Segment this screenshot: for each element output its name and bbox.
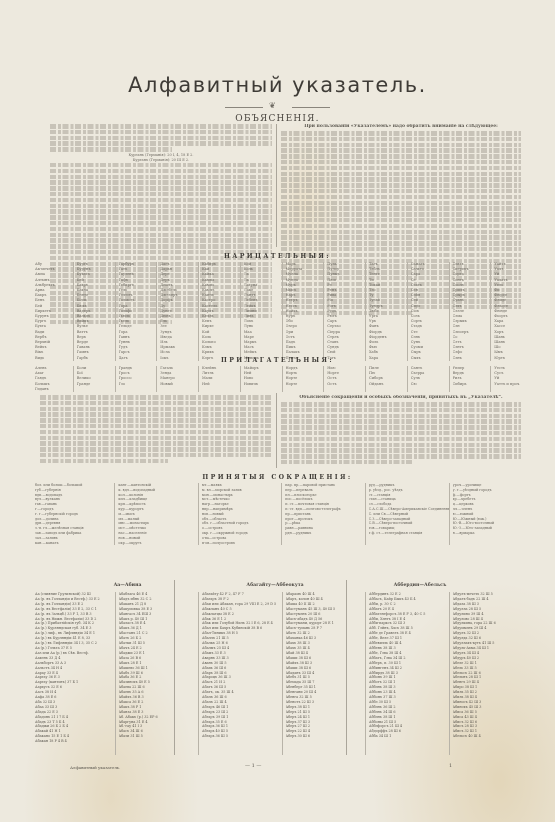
text-line <box>50 204 272 209</box>
index-entries: Аа (слияние Грузинской) 32 ШАа (р. въ Го… <box>32 592 532 755</box>
text-line <box>281 143 521 148</box>
text-line <box>50 238 272 243</box>
text-line <box>40 395 272 400</box>
text-line <box>50 141 272 146</box>
text-line <box>281 137 521 142</box>
text-line <box>281 201 521 206</box>
text-line <box>281 212 521 217</box>
column-divider <box>276 393 277 468</box>
text-line <box>281 431 521 436</box>
list-column: Аа (слияние Грузинской) 32 ШАа (р. въ Го… <box>32 592 115 755</box>
list-item: кан.—каналъ <box>35 541 114 546</box>
list-column: уроч.—урочищеу. г.—уѣздный городъф.—форт… <box>449 483 532 545</box>
list-item: Сибирь <box>453 382 491 387</box>
list-item: Гэо <box>119 382 157 387</box>
list-item: Остъ <box>327 382 365 387</box>
text-line <box>40 418 272 423</box>
text-line <box>281 448 521 453</box>
list-column: Абаблага 46 Е 4Абадъ ибнъ 32 С 2Абаканъ … <box>115 592 199 755</box>
list-column: БургъБурунъБухатаБейБахръБахнаБендеБілль… <box>73 262 115 361</box>
list-column: ТагъТабльТенгеТиТокайТэоТуТугайТундръТюб… <box>365 262 407 361</box>
list-item: Гранде <box>77 382 115 387</box>
list-item: Абази 31 Ш 5 <box>119 734 196 739</box>
list-item: Ойданъ <box>369 382 407 387</box>
list-column: Аббердинъ 32 Е 2Аббасъ, Кайр Быкъ 43 Б 4… <box>365 592 449 755</box>
common-nouns-list: АбуАк-мечетьАмпаАлтынъАльбрехтъАрнаБахръ… <box>32 262 532 361</box>
text-line <box>281 189 521 194</box>
text-line <box>50 180 272 185</box>
list-column: АбуАк-мечетьАмпаАлтынъАльбрехтъАрнаБахръ… <box>32 262 73 361</box>
text-line <box>50 136 272 141</box>
text-line <box>281 235 521 240</box>
text-line <box>281 437 521 442</box>
text-line <box>281 230 521 235</box>
text-line <box>50 163 272 168</box>
text-line <box>281 131 521 136</box>
text-line <box>281 419 521 424</box>
list-column: Абарамъ 40 Ш 4Абаръ, колон 40 Ш 4Абаша 4… <box>282 592 366 755</box>
page-number-center: — 1 — <box>245 763 261 769</box>
text-line <box>281 206 521 211</box>
text-line <box>50 192 272 197</box>
list-column: УпперВердъРизъСибирь <box>449 366 491 392</box>
text-line <box>281 160 521 165</box>
list-column: УестьСусъУйУаттъ и проч. <box>490 366 532 392</box>
notes-right-column: Объясненіе сокращеній и особыхъ обозначе… <box>281 395 521 466</box>
text-line <box>281 425 521 430</box>
text-line <box>40 412 272 417</box>
list-column: ГарбуръГатъГаузенъГафъГебиргеГельГольмъГ… <box>115 262 157 361</box>
text-line <box>281 224 521 229</box>
text-line <box>281 218 521 223</box>
list-item: окр.—округъ <box>118 541 197 546</box>
title-ornament: ❦ <box>225 103 330 111</box>
list-item: Новый <box>160 382 198 387</box>
text-line <box>50 221 272 226</box>
list-column: БолиБоїВеликоГранде <box>73 366 115 392</box>
list-column: НордъНортьНортеНорте <box>282 366 324 392</box>
list-column: УайтъУалъУйУалатъУельФиФюрдеФлидеФльодеФ… <box>490 262 532 361</box>
example-line-2: Курганъ (Германія): 20 III Е 2. <box>50 158 272 162</box>
text-line <box>40 441 272 446</box>
list-column: пар. пр.—паровой пристаньпер.—перевалъпл… <box>281 483 364 545</box>
abbr-explanations-heading: Объясненіе сокращеній и особыхъ обозначе… <box>281 395 521 400</box>
text-line <box>40 453 272 458</box>
adjectives-heading: ПРИЛАГАТЕЛЬНЫЯ: <box>0 357 555 364</box>
text-line <box>50 130 272 135</box>
list-column: АленьАхагГаядъБольшъГиданъ <box>32 366 73 392</box>
list-item: Абгарь 36 Ш 5 <box>202 734 279 739</box>
text-line <box>40 407 272 412</box>
list-column: Абдулъ-мечеть 32 Ш 5Абдалъ-бадъ 22 Ш 4Аб… <box>449 592 533 755</box>
text-line <box>281 460 413 465</box>
list-item: Уаттъ и проч. <box>494 382 532 387</box>
text-line <box>281 402 521 407</box>
text-line <box>281 172 521 177</box>
text-line <box>281 443 521 448</box>
text-line <box>281 247 521 252</box>
list-column: МайоръНейНовоНовичъ <box>240 366 282 392</box>
list-column: бол. или больш.—большойгуб.—губерніявдп.… <box>32 483 114 545</box>
list-column: ГрандъГросъГроссоГэо <box>115 366 157 392</box>
list-item: Новичъ <box>244 382 282 387</box>
list-item: Аберъ 30 Ш 6 <box>286 734 363 739</box>
text-line <box>281 183 521 188</box>
explanations-heading: ОБЪЯСНЕНІЯ. <box>0 114 555 124</box>
page-number-right: 1 <box>449 763 452 769</box>
text-line <box>281 241 521 246</box>
text-line <box>50 124 272 129</box>
text-line <box>281 148 521 153</box>
text-line <box>40 401 272 406</box>
list-column: кант.—кантонскійк. вдл.—водопадныйкол.—к… <box>114 483 197 545</box>
text-line <box>50 227 272 232</box>
ornament-rule-right <box>292 107 330 108</box>
text-line <box>50 186 272 191</box>
text-line <box>281 166 521 171</box>
list-item: п-ов—полуостровъ <box>202 541 281 546</box>
common-nouns-heading: НАРИЦАТЕЛЬНЫЯ: <box>0 253 555 260</box>
list-column: ДагъДарьяДереДеръДештьДжебельДжезиръДорф… <box>156 262 198 361</box>
list-item: Гиданъ <box>35 387 73 392</box>
text-line <box>40 447 272 452</box>
list-column: КабиръКайКайкаКампаКампоКампъКаппъКастро… <box>198 262 240 361</box>
list-item: рдн.—рудникъ <box>285 531 364 536</box>
adjectives-list: АленьАхагГаядъБольшъГиданъБолиБоїВеликоГ… <box>32 366 532 392</box>
list-item: Абба 34 Ш 1 <box>369 734 446 739</box>
text-line <box>50 198 272 203</box>
text-line <box>50 147 172 152</box>
fleuron-icon: ❦ <box>269 101 276 110</box>
list-item: Абаи или Абакан, гора 29 VIII Е 2, 29 D … <box>202 602 279 607</box>
ornament-rule-left <box>225 107 263 108</box>
list-column: ГагальЗендаМангроНовый <box>156 366 198 392</box>
example-line-1: Курганъ (Германія): 20 I, 4, 18 Е 2. <box>50 153 272 157</box>
text-line <box>281 408 521 413</box>
list-item: Сю <box>411 382 449 387</box>
list-column: руд.—рудникър. уѣзд., рос. уѣздъст.—стан… <box>365 483 449 545</box>
list-column: мт.—маякъм. вл.—морской заливмон.—монаст… <box>198 483 281 545</box>
list-item: Ней <box>202 382 240 387</box>
list-column: МоръМорратаМуллаМундаМуръМысъНаръНееръНе… <box>282 262 324 361</box>
list-item: Абакан 18 Р 4 В 4 <box>35 739 112 744</box>
list-column: КойКольЛаЛаЛагунаЛакеЛандъЛебенъЛейкъЛим… <box>240 262 282 361</box>
text-line <box>281 177 521 182</box>
list-item: т.ф. ст.—телеграфная станція <box>369 531 449 536</box>
scanned-page: Алфавитный указатель. ❦ ОБЪЯСНЕНІЯ. Кург… <box>0 0 555 822</box>
list-column: КлейнъЛитльМалиНей <box>198 366 240 392</box>
list-column: ПилеПюСиборъОйданъ <box>365 366 407 392</box>
text-line <box>281 414 521 419</box>
text-line <box>50 244 272 249</box>
index-header-3: Аббердин—Абельсъ <box>320 583 520 588</box>
list-column: НьюНортеОстъОстъ <box>323 366 365 392</box>
list-column: СамагъСальтоСараСеСеатъСеяСэйяСейСидоСіо… <box>407 262 449 361</box>
text-line <box>50 215 272 220</box>
list-item: Норте <box>286 382 324 387</box>
abbreviations-heading: ПРИНЯТЫЯ СОКРАЩЕНІЯ: <box>0 474 555 481</box>
list-item: я.—ярмарка <box>453 531 532 536</box>
footer-title: Алфавитный указатель. <box>70 765 120 770</box>
text-line <box>50 209 272 214</box>
right-column-heading: При пользованіи «Указателемъ» надо обрат… <box>281 124 521 129</box>
text-line <box>50 175 272 180</box>
abbreviations-list: бол. или больш.—большойгуб.—губерніявдп.… <box>32 483 532 545</box>
text-line <box>40 459 168 464</box>
text-line <box>40 430 272 435</box>
page-title: Алфавитный указатель. <box>0 73 555 97</box>
list-column: Абагайту 42 F 2, 47 F 7Абагаръ 38 F 2Аба… <box>198 592 282 755</box>
text-line <box>281 195 521 200</box>
list-column: СантъСьерраСулъСю <box>407 366 449 392</box>
text-line <box>281 454 521 459</box>
text-line <box>50 233 272 238</box>
list-item: Абельсъ 40 Ш 4 <box>453 734 530 739</box>
text-line <box>281 154 521 159</box>
list-column: СэвтъСкерекъСортаСонтъСоолъСрилъСрыръСуа… <box>449 262 491 361</box>
column-divider <box>276 124 277 247</box>
text-line <box>50 169 272 174</box>
list-column: ПуньПулоуПункъПюиРеРенъРиваРіоРогъРудъРю… <box>323 262 365 361</box>
text-line <box>40 436 272 441</box>
text-line <box>40 424 272 429</box>
notes-left-column <box>40 395 272 465</box>
